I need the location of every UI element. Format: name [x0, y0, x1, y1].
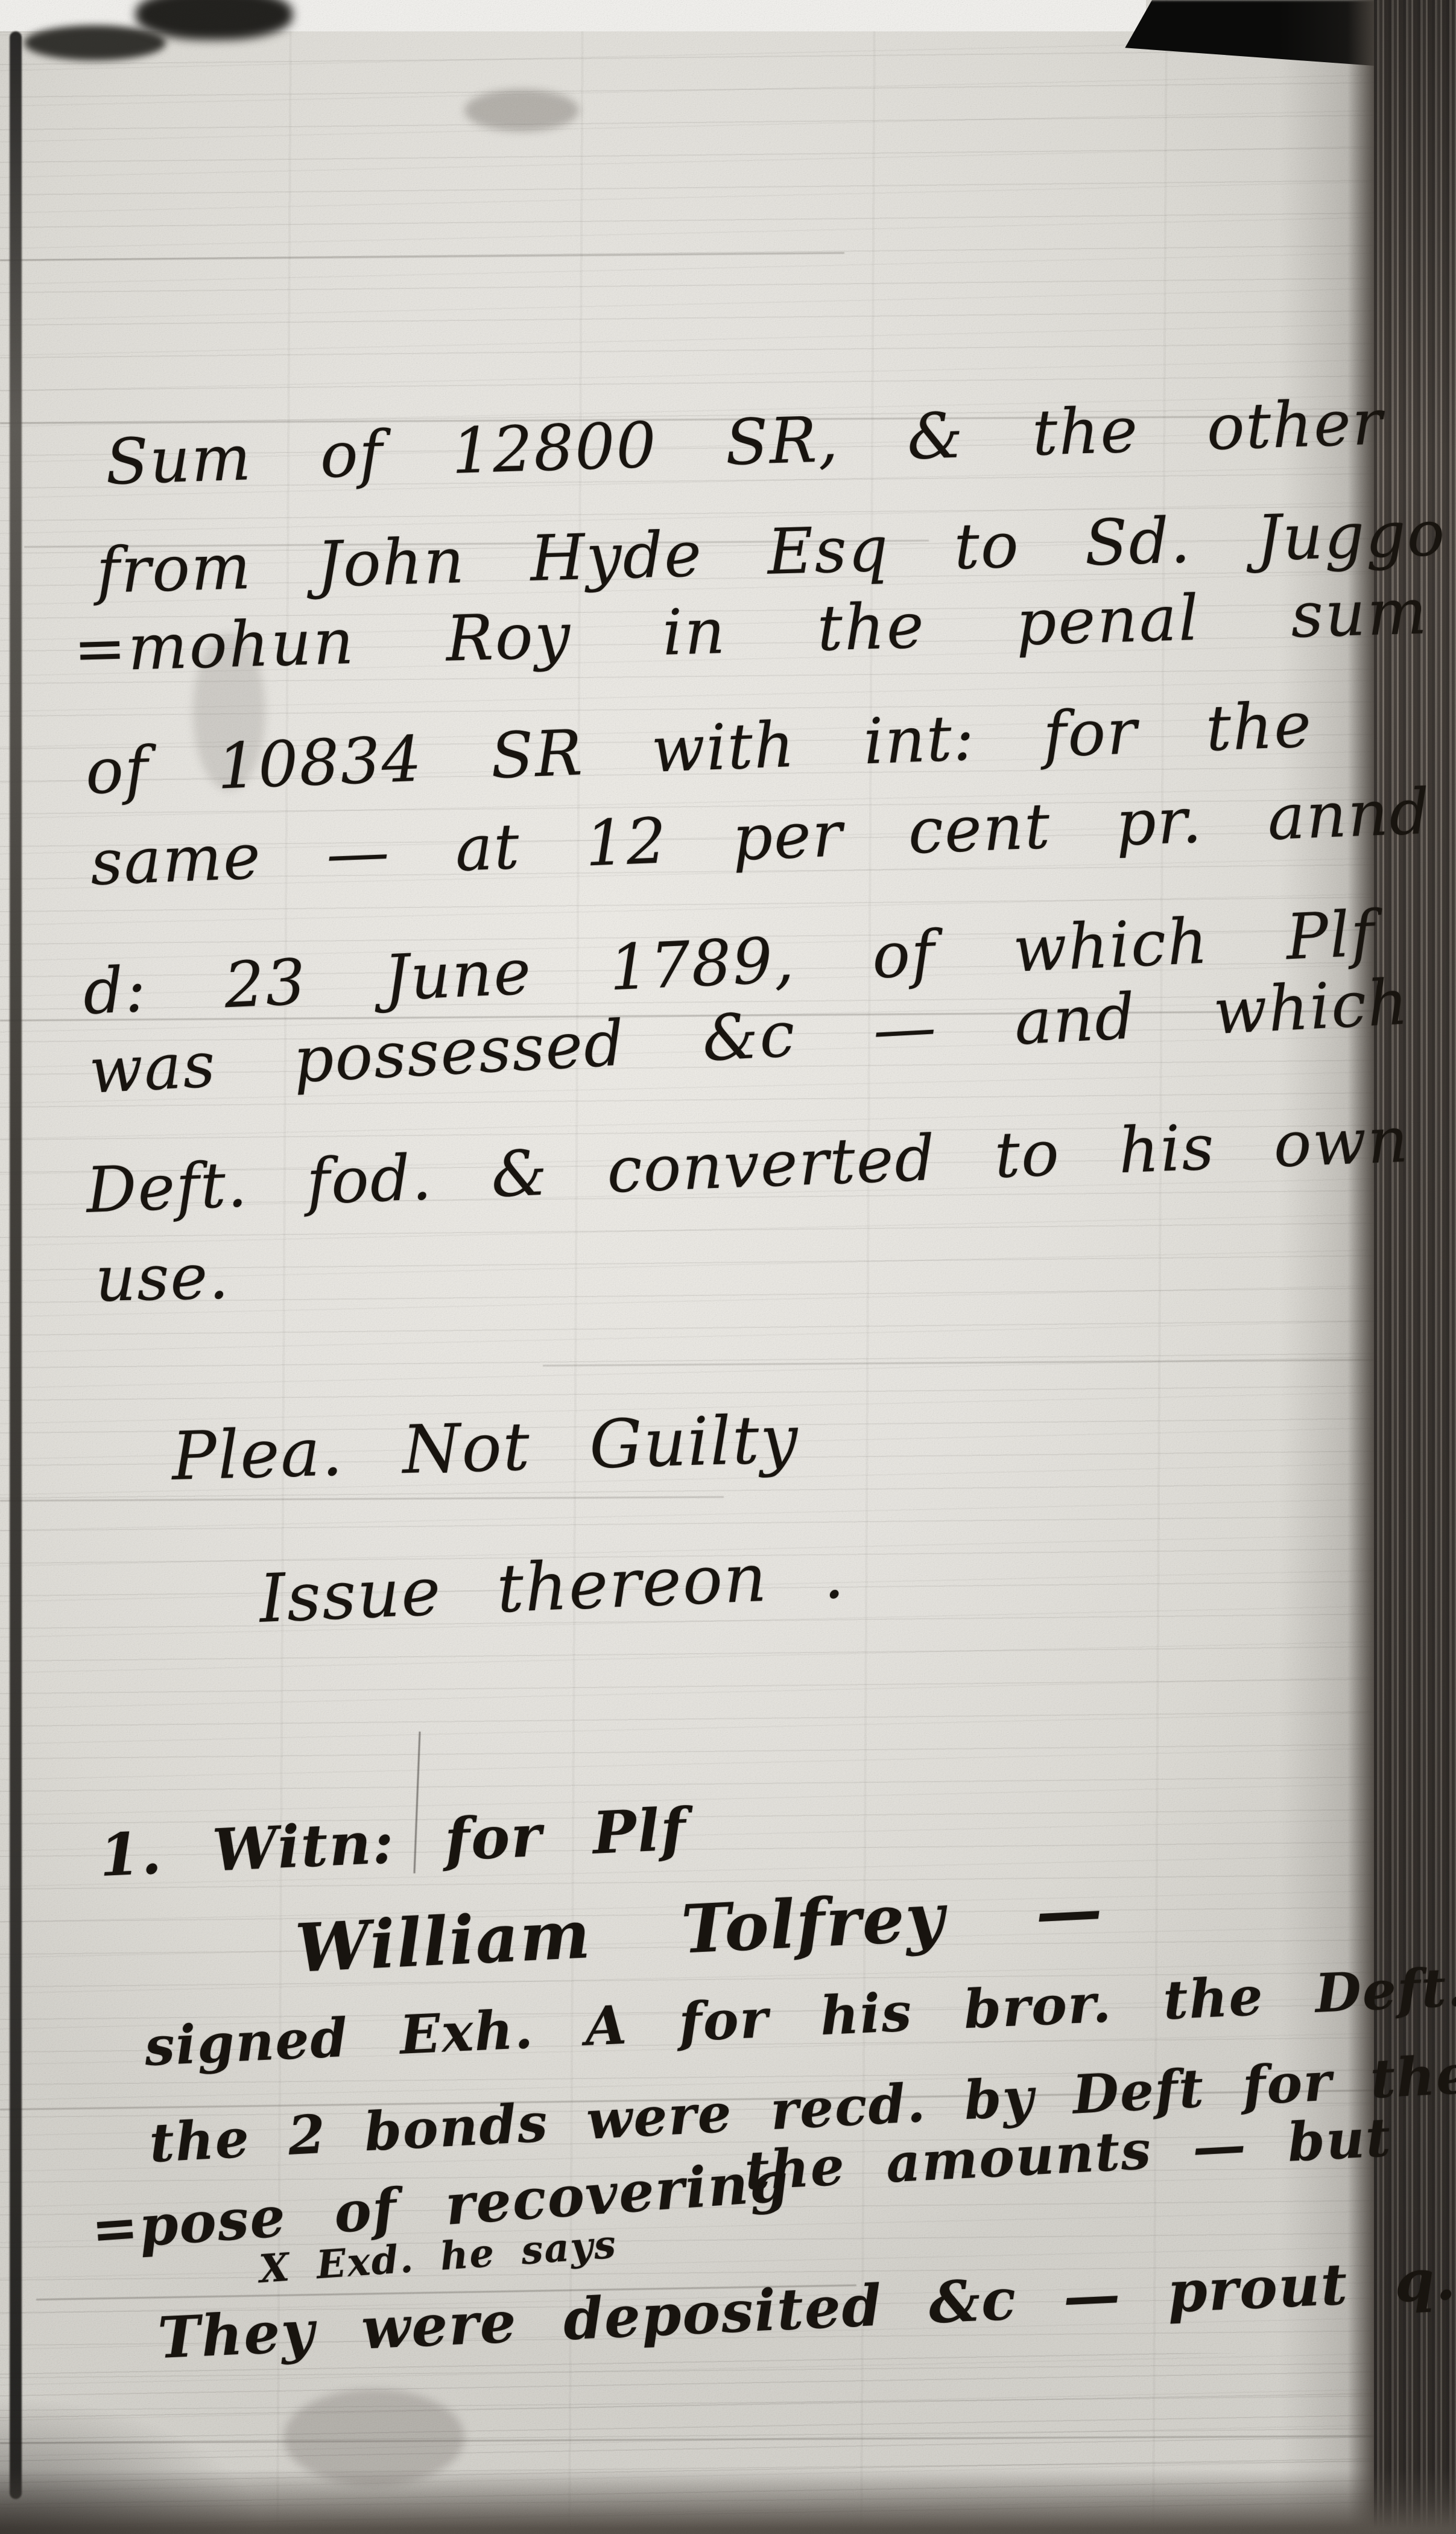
scan-corner-black-wedge [1118, 0, 1456, 80]
handwritten-line-william-tolfrey: William Tolfrey — [294, 1870, 1105, 1987]
handwritten-line-deft-converted: Deft. fod. & converted to his own [85, 1103, 1411, 1227]
handwritten-line-sum-12800: Sum of 12800 SR, & the other [104, 385, 1384, 499]
handwritten-line-plea-not-guilty: Plea. Not Guilty [171, 1400, 800, 1495]
ink-smudge [464, 89, 579, 132]
page-bottom-shadow [0, 2469, 1456, 2534]
scan-edge-shadow [24, 25, 166, 60]
handwritten-line-issue-thereon: Issue thereon . [258, 1535, 847, 1637]
scan-scratch-line [0, 252, 844, 261]
scan-edge-shadow [136, 0, 293, 40]
page-left-edge-line [10, 31, 22, 2499]
scan-scratch-line [543, 1359, 1375, 1367]
handwritten-line-use: use. [95, 1239, 230, 1316]
manuscript-page-scan: Sum of 12800 SR, & the other from John H… [0, 0, 1456, 2534]
scan-scratch-line [0, 2435, 1387, 2444]
page-bottom-corner-shadow [0, 2395, 265, 2534]
scan-top-margin [0, 0, 1146, 31]
scan-scratch-line [0, 1496, 724, 1502]
paper-stain [283, 2389, 464, 2486]
ruled-lines-bottom-dense [0, 2353, 1456, 2534]
handwritten-line-witness-for-plf: 1. Witn: for Plf [98, 1795, 688, 1890]
